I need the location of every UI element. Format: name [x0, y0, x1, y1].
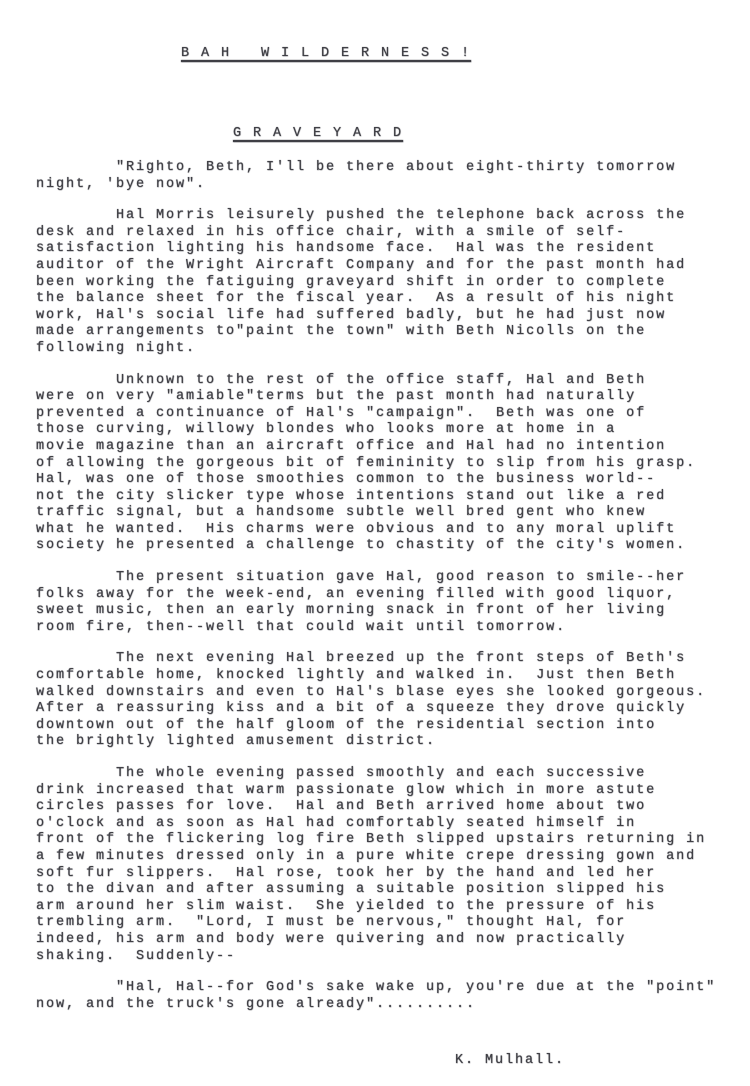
paragraph: "Righto, Beth, I'll be there about eight… [36, 160, 736, 193]
typewritten-document-page: B A H W I L D E R N E S S ! G R A V E Y … [0, 0, 750, 1086]
document-body: "Righto, Beth, I'll be there about eight… [36, 160, 736, 1028]
page-title: B A H W I L D E R N E S S ! [181, 46, 471, 63]
paragraph: The whole evening passed smoothly and ea… [36, 766, 736, 965]
paragraph: Unknown to the rest of the office staff,… [36, 373, 736, 556]
section-title: G R A V E Y A R D [233, 126, 403, 143]
author-signature: K. Mulhall. [455, 1053, 565, 1070]
paragraph: The next evening Hal breezed up the fron… [36, 651, 736, 751]
paragraph: The present situation gave Hal, good rea… [36, 570, 736, 636]
paragraph: Hal Morris leisurely pushed the telephon… [36, 208, 736, 357]
paragraph: "Hal, Hal--for God's sake wake up, you'r… [36, 980, 736, 1013]
